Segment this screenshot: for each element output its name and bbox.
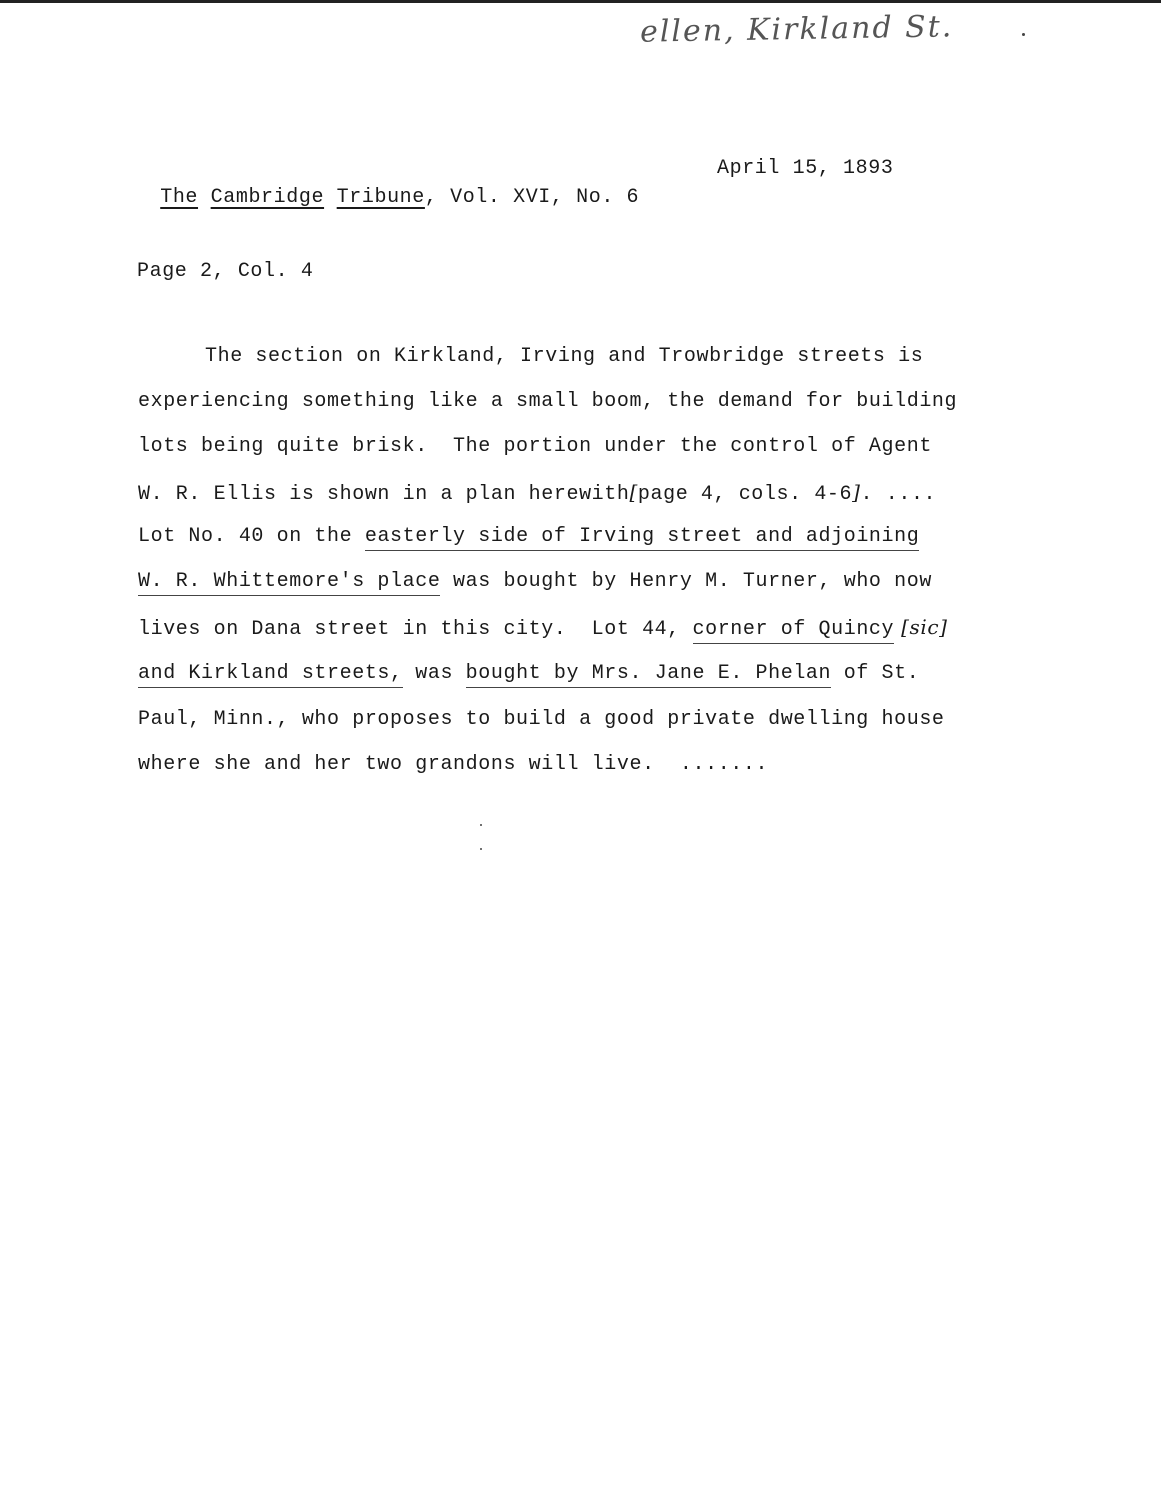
body-text-line: and Kirkland streets, was bought by Mrs.…	[138, 662, 919, 685]
publication-title-word: The	[160, 186, 198, 209]
text-segment: Paul, Minn., who proposes to build a goo…	[138, 708, 945, 731]
text-segment: page 4, cols. 4-6	[638, 483, 852, 506]
body-text-line: where she and her two grandons will live…	[138, 753, 768, 776]
body-text-line: W. R. Ellis is shown in a plan herewith[…	[138, 480, 936, 506]
page-top-edge	[0, 0, 1161, 3]
body-text-line: Lot No. 40 on the easterly side of Irvin…	[138, 525, 919, 548]
paper-speck	[1022, 33, 1025, 36]
editorial-bracket: [sic]	[894, 615, 947, 639]
text-segment: . ....	[861, 483, 937, 506]
body-text-line: W. R. Whittemore's place was bought by H…	[138, 570, 932, 593]
handwritten-underlined-text: bought by Mrs. Jane E. Phelan	[466, 662, 831, 688]
body-text-line: Paul, Minn., who proposes to build a goo…	[138, 708, 945, 731]
text-segment: of St.	[831, 662, 919, 685]
text-segment: where she and her two grandons will live…	[138, 753, 768, 776]
publication-title-word: Cambridge	[211, 186, 324, 209]
citation-header: The Cambridge Tribune, Vol. XVI, No. 6	[135, 163, 639, 209]
page-column-location: Page 2, Col. 4	[137, 260, 313, 283]
handwritten-underlined-text: easterly side of Irving street and adjoi…	[365, 525, 920, 551]
publication-title-word: Tribune	[337, 186, 425, 209]
text-segment: The section on Kirkland, Irving and Trow…	[205, 345, 923, 368]
text-segment: experiencing something like a small boom…	[138, 390, 957, 413]
body-text-line: lives on Dana street in this city. Lot 4…	[138, 615, 948, 641]
text-segment: was bought by Henry M. Turner, who now	[440, 570, 931, 593]
body-text-line: experiencing something like a small boom…	[138, 390, 957, 413]
text-segment: W. R. Ellis is shown in a plan herewith	[138, 483, 629, 506]
text-segment: lives on Dana street in this city. Lot 4…	[138, 618, 693, 641]
body-text-line: lots being quite brisk. The portion unde…	[138, 435, 932, 458]
editorial-bracket: ]	[852, 480, 860, 504]
handwritten-annotation: ellen, Kirkland St.	[640, 9, 954, 49]
editorial-bracket: [	[629, 480, 637, 504]
text-segment: lots being quite brisk. The portion unde…	[138, 435, 932, 458]
handwritten-underlined-text: corner of Quincy	[693, 618, 895, 644]
handwritten-underlined-text: W. R. Whittemore's place	[138, 570, 440, 596]
text-segment: Lot No. 40 on the	[138, 525, 365, 548]
body-text-line: The section on Kirkland, Irving and Trow…	[205, 345, 923, 368]
publication-date: April 15, 1893	[717, 157, 893, 180]
paper-speck	[480, 824, 482, 826]
handwritten-underlined-text: and Kirkland streets,	[138, 662, 403, 688]
text-segment: was	[403, 662, 466, 685]
volume-issue: , Vol. XVI, No. 6	[425, 186, 639, 209]
paper-speck	[480, 848, 482, 850]
